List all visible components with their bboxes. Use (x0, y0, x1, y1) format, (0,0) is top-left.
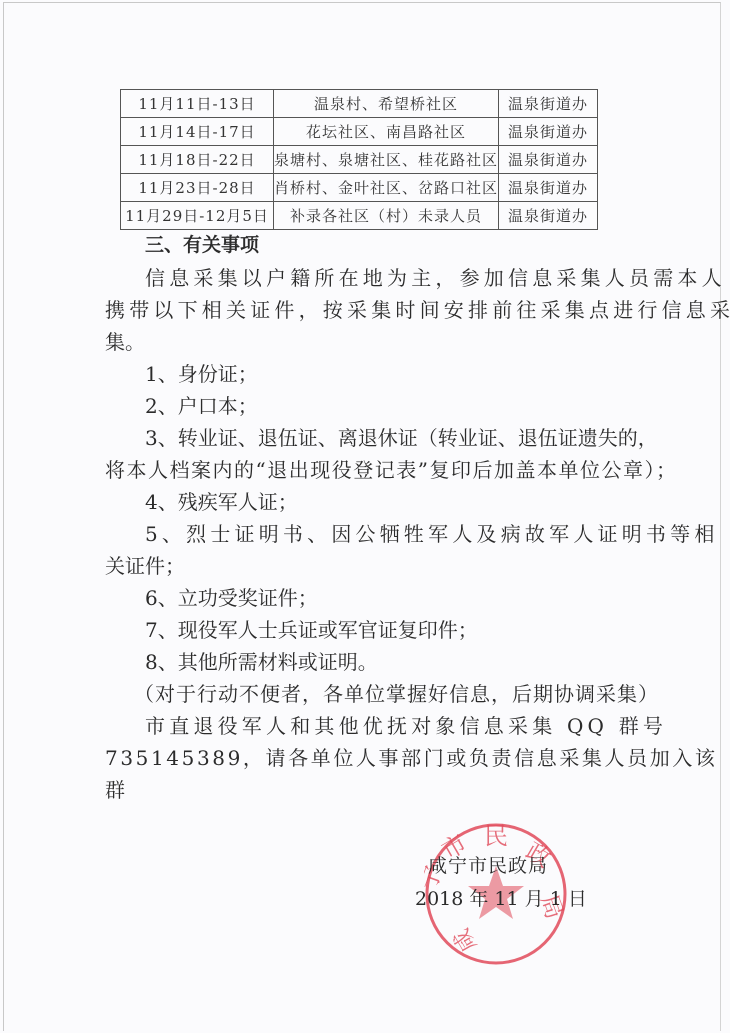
list-item: 关证件； (105, 554, 185, 578)
intro-line: 集。 (105, 330, 145, 354)
area-cell: 补录各社区（村）未录人员 (274, 202, 499, 230)
date-cell: 11月29日-12月5日 (121, 202, 274, 230)
signature-org: 咸宁市民政局 (428, 851, 548, 878)
list-item: 6、立功受奖证件； (145, 586, 318, 610)
date-cell: 11月11日-13日 (121, 90, 274, 118)
list-item: 5、烈士证明书、因公牺牲军人及病故军人证明书等相 (145, 522, 719, 546)
list-item: 7、现役军人士兵证或军官证复印件； (145, 618, 478, 642)
area-cell: 泉塘村、泉塘社区、桂花路社区 (274, 146, 499, 174)
list-item: 4、残疾军人证； (145, 490, 298, 514)
svg-text:民: 民 (484, 822, 508, 850)
intro-line: 信息采集以户籍所在地为主，参加信息采集人员需本人 (145, 266, 726, 290)
qq-line: 群 (105, 778, 125, 802)
office-cell: 温泉街道办 (499, 118, 598, 146)
svg-text:咸: 咸 (449, 924, 482, 956)
office-cell: 温泉街道办 (499, 202, 598, 230)
qq-line: 市直退役军人和其他优抚对象信息采集 QQ 群号 (145, 714, 667, 738)
table-row: 11月18日-22日 泉塘村、泉塘社区、桂花路社区 温泉街道办 (121, 146, 598, 174)
area-cell: 花坛社区、南昌路社区 (274, 118, 499, 146)
list-item: 8、其他所需材料或证明。 (145, 650, 378, 674)
table-row: 11月23日-28日 肖桥村、金叶社区、岔路口社区 温泉街道办 (121, 174, 598, 202)
list-item: 2、户口本； (145, 394, 258, 418)
date-cell: 11月14日-17日 (121, 118, 274, 146)
signature-date: 2018 年 11 月 1 日 (415, 884, 587, 911)
date-cell: 11月18日-22日 (121, 146, 274, 174)
table-row: 11月11日-13日 温泉村、希望桥社区 温泉街道办 (121, 90, 598, 118)
table-row: 11月29日-12月5日 补录各社区（村）未录人员 温泉街道办 (121, 202, 598, 230)
office-cell: 温泉街道办 (499, 90, 598, 118)
section-heading: 三、有关事项 (145, 233, 259, 257)
area-cell: 肖桥村、金叶社区、岔路口社区 (274, 174, 499, 202)
note-line: （对于行动不便者，各单位掌握好信息，后期协调采集） (134, 682, 659, 706)
qq-line: 735145389，请各单位人事部门或负责信息采集人员加入该 (105, 746, 718, 770)
list-item: 1、身份证； (145, 362, 258, 386)
list-item: 将本人档案内的“退出现役登记表”复印后加盖本单位公章）； (105, 458, 677, 482)
list-item: 3、转业证、退伍证、离退休证（转业证、退伍证遗失的， (145, 426, 658, 450)
office-cell: 温泉街道办 (499, 174, 598, 202)
intro-line: 携带以下相关证件，按采集时间安排前往采集点进行信息采 (105, 298, 730, 322)
date-cell: 11月23日-28日 (121, 174, 274, 202)
area-cell: 温泉村、希望桥社区 (274, 90, 499, 118)
table-row: 11月14日-17日 花坛社区、南昌路社区 温泉街道办 (121, 118, 598, 146)
office-cell: 温泉街道办 (499, 146, 598, 174)
schedule-table: 11月11日-13日 温泉村、希望桥社区 温泉街道办 11月14日-17日 花坛… (120, 89, 598, 230)
